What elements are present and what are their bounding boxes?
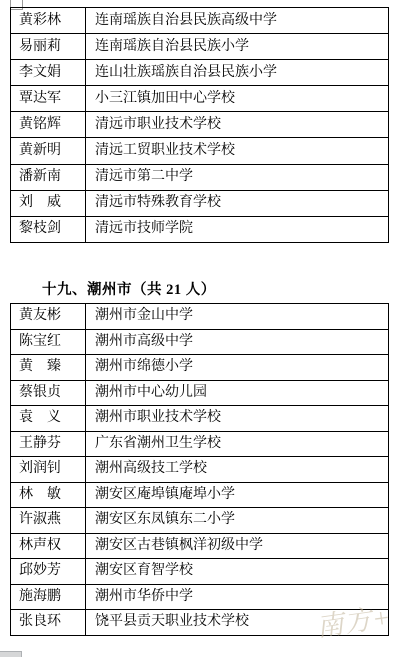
person-name: 陈宝红 (11, 329, 86, 355)
school-name: 清远市特殊教育学校 (86, 190, 389, 216)
person-name: 蔡银贞 (11, 380, 86, 406)
person-name: 潘新南 (11, 164, 86, 190)
person-name: 林声权 (11, 533, 86, 559)
person-name: 黎枝剑 (11, 216, 86, 242)
person-name: 黄铭辉 (11, 112, 86, 138)
table-row: 潘新南 清远市第二中学 (11, 164, 389, 190)
school-name: 连南瑶族自治县民族小学 (86, 34, 389, 60)
table-row: 黎枝剑 清远市技师学院 (11, 216, 389, 242)
school-name: 清远市技师学院 (86, 216, 389, 242)
person-name: 施海鹏 (11, 584, 86, 610)
person-name: 邱妙芳 (11, 559, 86, 585)
school-name: 潮安区东凤镇东二小学 (86, 508, 389, 534)
school-name: 清远工贸职业技术学校 (86, 138, 389, 164)
person-name: 黄新明 (11, 138, 86, 164)
school-name: 饶平县贡天职业技术学校 (86, 610, 389, 636)
table-row: 黄彩林 连南瑶族自治县民族高级中学 (11, 8, 389, 34)
person-name: 黄 臻 (11, 355, 86, 381)
table-row: 邱妙芳 潮安区育智学校 (11, 559, 389, 585)
table-row: 张良环 饶平县贡天职业技术学校 (11, 610, 389, 636)
person-name: 刘润钊 (11, 457, 86, 483)
school-name: 清远市第二中学 (86, 164, 389, 190)
school-name: 潮安区庵埠镇庵埠小学 (86, 482, 389, 508)
school-name: 潮州市金山中学 (86, 304, 389, 330)
table-row: 施海鹏 潮州市华侨中学 (11, 584, 389, 610)
ui-artifact-bottom-left (0, 651, 22, 657)
table-row: 王静芬 广东省潮州卫生学校 (11, 431, 389, 457)
person-name: 刘 威 (11, 190, 86, 216)
table-row: 覃达军 小三江镇加田中心学校 (11, 86, 389, 112)
school-name: 连南瑶族自治县民族高级中学 (86, 8, 389, 34)
person-name: 林 敏 (11, 482, 86, 508)
school-name: 小三江镇加田中心学校 (86, 86, 389, 112)
table-row: 许淑燕 潮安区东凤镇东二小学 (11, 508, 389, 534)
person-name: 黄友彬 (11, 304, 86, 330)
school-name: 连山壮族瑶族自治县民族小学 (86, 60, 389, 86)
table-row: 林 敏 潮安区庵埠镇庵埠小学 (11, 482, 389, 508)
person-name: 王静芬 (11, 431, 86, 457)
table-row: 刘润钊 潮州高级技工学校 (11, 457, 389, 483)
person-name: 黄彩林 (11, 8, 86, 34)
roster-table-qingyuan: 黄彩林 连南瑶族自治县民族高级中学 易丽莉 连南瑶族自治县民族小学 李文娟 连山… (10, 7, 389, 243)
school-name: 潮州市职业技术学校 (86, 406, 389, 432)
person-name: 易丽莉 (11, 34, 86, 60)
table-row: 袁 义 潮州市职业技术学校 (11, 406, 389, 432)
school-name: 潮州高级技工学校 (86, 457, 389, 483)
table-row: 蔡银贞 潮州市中心幼儿园 (11, 380, 389, 406)
person-name: 张良环 (11, 610, 86, 636)
school-name: 潮安区古巷镇枫洋初级中学 (86, 533, 389, 559)
school-name: 潮安区育智学校 (86, 559, 389, 585)
person-name: 李文娟 (11, 60, 86, 86)
school-name: 广东省潮州卫生学校 (86, 431, 389, 457)
table-row: 黄 臻 潮州市绵德小学 (11, 355, 389, 381)
school-name: 潮州市中心幼儿园 (86, 380, 389, 406)
school-name: 潮州市高级中学 (86, 329, 389, 355)
document-page: { "page": { "background": "#ffffff", "ta… (0, 0, 397, 657)
person-name: 许淑燕 (11, 508, 86, 534)
table-row: 易丽莉 连南瑶族自治县民族小学 (11, 34, 389, 60)
school-name: 潮州市绵德小学 (86, 355, 389, 381)
table-row: 黄新明 清远工贸职业技术学校 (11, 138, 389, 164)
table-row: 黄友彬 潮州市金山中学 (11, 304, 389, 330)
section-heading: 十九、潮州市（共 21 人） (42, 278, 216, 299)
table-row: 李文娟 连山壮族瑶族自治县民族小学 (11, 60, 389, 86)
table-row: 黄铭辉 清远市职业技术学校 (11, 112, 389, 138)
person-name: 覃达军 (11, 86, 86, 112)
roster-table-chaozhou: 黄友彬 潮州市金山中学 陈宝红 潮州市高级中学 黄 臻 潮州市绵德小学 蔡银贞 … (10, 303, 389, 636)
school-name: 清远市职业技术学校 (86, 112, 389, 138)
person-name: 袁 义 (11, 406, 86, 432)
table-row: 陈宝红 潮州市高级中学 (11, 329, 389, 355)
table-row: 刘 威 清远市特殊教育学校 (11, 190, 389, 216)
table-row: 林声权 潮安区古巷镇枫洋初级中学 (11, 533, 389, 559)
school-name: 潮州市华侨中学 (86, 584, 389, 610)
